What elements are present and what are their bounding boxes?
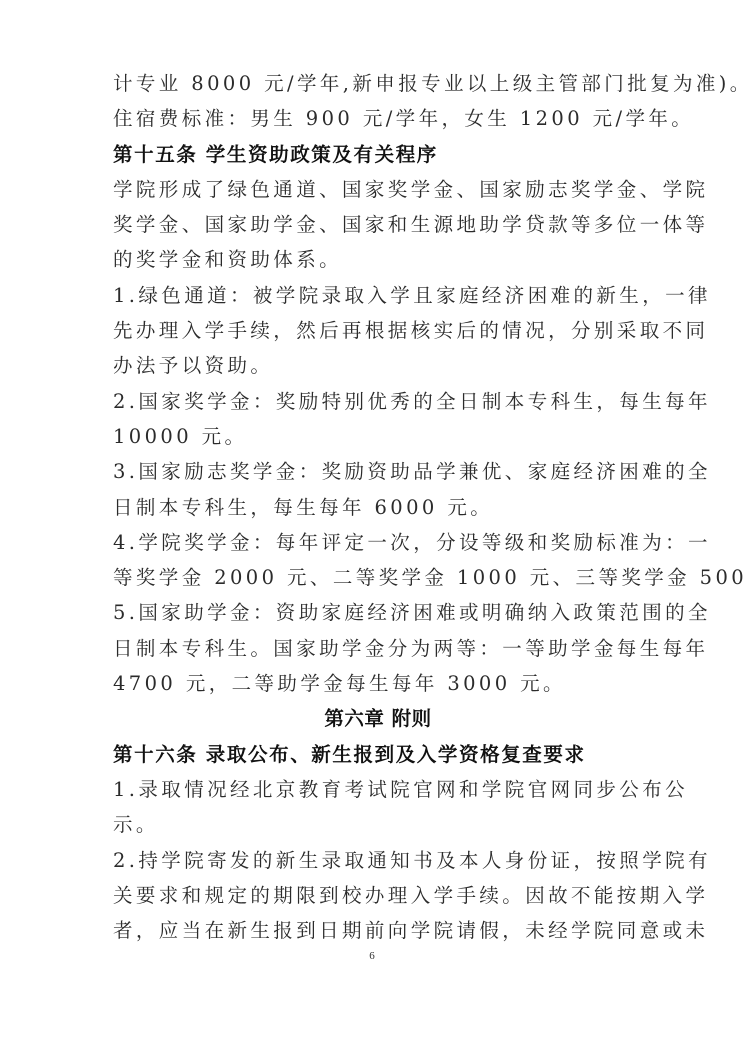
list-item-green-channel: 1.绿色通道：被学院录取入学且家庭经济困难的新生，一律 [113, 278, 643, 313]
page-number: 6 [0, 950, 744, 962]
accommodation-fee-line: 住宿费标准：男生 900 元/学年，女生 1200 元/学年。 [113, 101, 643, 136]
paragraph-line: 日制本专科生，每生每年 6000 元。 [113, 490, 643, 525]
paragraph-line: 示。 [113, 807, 643, 842]
paragraph-line: 奖学金、国家助学金、国家和生源地助学贷款等多位一体等 [113, 207, 643, 242]
paragraph-line: 学院形成了绿色通道、国家奖学金、国家励志奖学金、学院 [113, 172, 643, 207]
article-16-heading: 第十六条 录取公布、新生报到及入学资格复查要求 [113, 737, 643, 772]
paragraph-line: 先办理入学手续，然后再根据核实后的情况，分别采取不同 [113, 313, 643, 348]
paragraph-line: 日制本专科生。国家助学金分为两等：一等助学金每生每年 [113, 631, 643, 666]
list-item-admission-announcement: 1.录取情况经北京教育考试院官网和学院官网同步公布公 [113, 772, 643, 807]
list-item-enrollment: 2.持学院寄发的新生录取通知书及本人身份证，按照学院有 [113, 843, 643, 878]
paragraph-line: 4700 元，二等助学金每生每年 3000 元。 [113, 666, 643, 701]
chapter-6-title: 第六章 附则 [113, 701, 643, 736]
paragraph-line: 10000 元。 [113, 419, 643, 454]
list-item-national-grant: 5.国家助学金：资助家庭经济困难或明确纳入政策范围的全 [113, 595, 643, 630]
list-item-college-scholarship: 4.学院奖学金：每年评定一次，分设等级和奖励标准为：一 [113, 525, 643, 560]
paragraph-line: 的奖学金和资助体系。 [113, 242, 643, 277]
paragraph-line: 关要求和规定的期限到校办理入学手续。因故不能按期入学 [113, 878, 643, 913]
document-page: 计专业 8000 元/学年,新申报专业以上级主管部门批复为准)。 住宿费标准：男… [0, 0, 744, 1052]
paragraph-line: 者，应当在新生报到日期前向学院请假，未经学院同意或未 [113, 913, 643, 948]
list-item-national-scholarship: 2.国家奖学金：奖励特别优秀的全日制本专科生，每生每年 [113, 384, 643, 419]
list-item-inspirational-scholarship: 3.国家励志奖学金：奖励资助品学兼优、家庭经济困难的全 [113, 454, 643, 489]
article-15-heading: 第十五条 学生资助政策及有关程序 [113, 137, 643, 172]
paragraph-line: 办法予以资助。 [113, 348, 643, 383]
document-body: 计专业 8000 元/学年,新申报专业以上级主管部门批复为准)。 住宿费标准：男… [113, 66, 643, 948]
fee-line-continuation: 计专业 8000 元/学年,新申报专业以上级主管部门批复为准)。 [113, 66, 643, 101]
paragraph-line: 等奖学金 2000 元、二等奖学金 1000 元、三等奖学金 500 元。 [113, 560, 643, 595]
